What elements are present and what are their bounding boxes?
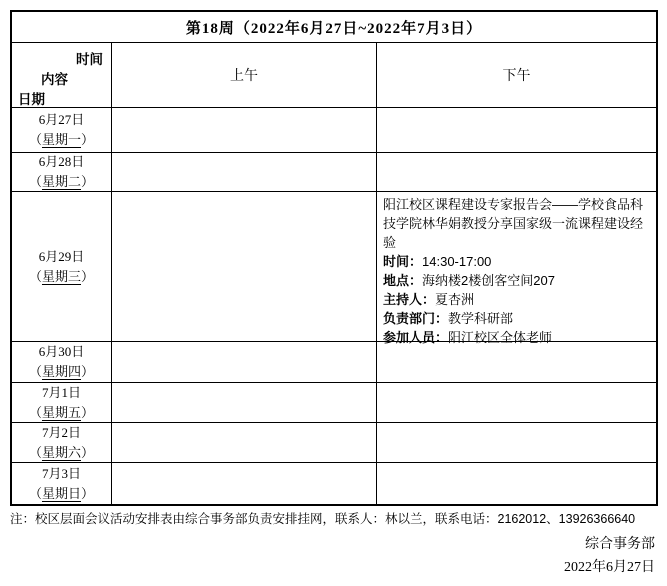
date-label: 7月3日 xyxy=(42,464,81,484)
corner-label-date: 日期 xyxy=(17,88,45,108)
afternoon-cell xyxy=(377,342,656,382)
weekday-label: （星期六） xyxy=(29,443,94,463)
corner-label-content: 内容 xyxy=(17,68,68,88)
event-time: 时间：14:30-17:00 xyxy=(383,252,650,271)
event-location: 地点：海纳楼2楼创客空间207 xyxy=(383,271,650,290)
table-row: 6月27日 （星期一） xyxy=(12,108,656,153)
date-label: 7月1日 xyxy=(42,383,81,403)
column-header-morning: 上午 xyxy=(112,43,377,107)
date-cell: 6月30日 （星期四） xyxy=(12,342,112,382)
afternoon-cell xyxy=(377,153,656,191)
afternoon-cell: 阳江校区课程建设专家报告会——学校食品科技学院林华娟教授分享国家级一流课程建设经… xyxy=(377,192,656,341)
corner-label-time: 时间 xyxy=(76,48,106,68)
date-label: 6月28日 xyxy=(39,152,85,172)
morning-cell xyxy=(112,192,377,341)
afternoon-cell xyxy=(377,383,656,422)
weekly-schedule-table: 第18周（2022年6月27日~2022年7月3日） 时间 内容 日期 上午 下… xyxy=(10,10,658,506)
afternoon-cell xyxy=(377,423,656,462)
footnote: 注：校区层面会议活动安排表由综合事务部负责安排挂网，联系人：林以兰，联系电话：2… xyxy=(10,509,650,527)
date-label: 6月29日 xyxy=(39,247,85,267)
morning-cell xyxy=(112,463,377,504)
column-header-afternoon: 下午 xyxy=(377,43,656,107)
corner-header-cell: 时间 内容 日期 xyxy=(12,43,112,107)
date-label: 6月27日 xyxy=(39,110,85,130)
date-cell: 6月29日 （星期三） xyxy=(12,192,112,341)
date-cell: 7月3日 （星期日） xyxy=(12,463,112,504)
afternoon-cell xyxy=(377,108,656,152)
date-cell: 6月28日 （星期二） xyxy=(12,153,112,191)
date-cell: 7月2日 （星期六） xyxy=(12,423,112,462)
table-row: 7月2日 （星期六） xyxy=(12,423,656,463)
weekday-label: （星期三） xyxy=(29,267,94,287)
table-row: 6月28日 （星期二） xyxy=(12,153,656,192)
schedule-page: 第18周（2022年6月27日~2022年7月3日） 时间 内容 日期 上午 下… xyxy=(0,0,667,586)
event-title: 阳江校区课程建设专家报告会——学校食品科技学院林华娟教授分享国家级一流课程建设经… xyxy=(383,195,650,252)
weekday-label: （星期日） xyxy=(29,484,94,504)
morning-cell xyxy=(112,383,377,422)
signature-date: 2022年6月27日 xyxy=(564,556,655,579)
table-header-row: 时间 内容 日期 上午 下午 xyxy=(12,43,656,108)
week-title: 第18周（2022年6月27日~2022年7月3日） xyxy=(12,12,656,42)
signature-block: 综合事务部 2022年6月27日 xyxy=(564,533,655,579)
table-title-row: 第18周（2022年6月27日~2022年7月3日） xyxy=(12,12,656,43)
weekday-label: （星期五） xyxy=(29,403,94,423)
date-cell: 6月27日 （星期一） xyxy=(12,108,112,152)
date-cell: 7月1日 （星期五） xyxy=(12,383,112,422)
morning-cell xyxy=(112,342,377,382)
weekday-label: （星期二） xyxy=(29,172,94,192)
morning-cell xyxy=(112,153,377,191)
event-host: 主持人：夏杏洲 xyxy=(383,290,650,309)
table-row: 7月3日 （星期日） xyxy=(12,463,656,504)
afternoon-cell xyxy=(377,463,656,504)
date-label: 7月2日 xyxy=(42,423,81,443)
weekday-label: （星期四） xyxy=(29,362,94,382)
weekday-label: （星期一） xyxy=(29,130,94,150)
date-label: 6月30日 xyxy=(39,342,85,362)
signature-department: 综合事务部 xyxy=(564,533,655,556)
morning-cell xyxy=(112,423,377,462)
table-row: 6月30日 （星期四） xyxy=(12,342,656,383)
event-department: 负责部门：教学科研部 xyxy=(383,309,650,328)
table-row: 6月29日 （星期三） 阳江校区课程建设专家报告会——学校食品科技学院林华娟教授… xyxy=(12,192,656,342)
morning-cell xyxy=(112,108,377,152)
table-row: 7月1日 （星期五） xyxy=(12,383,656,423)
